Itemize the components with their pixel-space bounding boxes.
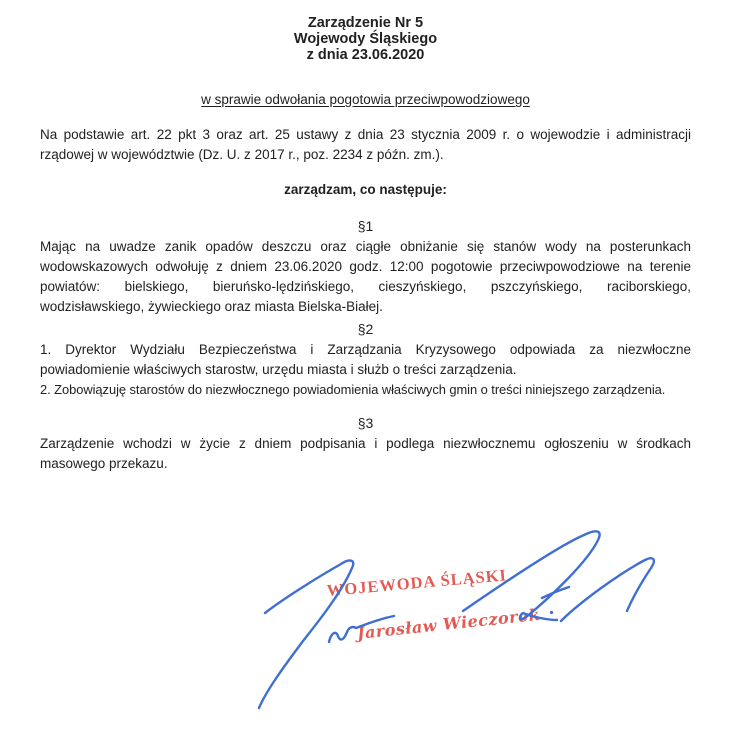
section-2-mark: §2 (40, 322, 691, 337)
ordinance-document-page: Zarządzenie Nr 5 Wojewody Śląskiego z dn… (0, 0, 731, 749)
signer-stamp-title: WOJEWODA ŚLĄSKI (326, 565, 508, 601)
document-title: Zarządzenie Nr 5 Wojewody Śląskiego z dn… (40, 15, 691, 63)
section-1: §1 Mając na uwadze zanik opadów deszczu … (40, 219, 691, 317)
ink-stroke-right-spike (561, 558, 654, 621)
section-3: §3 Zarządzenie wchodzi w życie z dniem p… (40, 416, 691, 474)
section-1-mark: §1 (40, 219, 691, 234)
ink-dot (550, 611, 553, 614)
section-2: §2 1. Dyrektor Wydziału Bezpieczeństwa i… (40, 322, 691, 400)
document-content: Zarządzenie Nr 5 Wojewody Śląskiego z dn… (0, 0, 731, 474)
title-line-date: z dnia 23.06.2020 (40, 47, 691, 63)
order-intro: zarządzam, co następuje: (40, 182, 691, 198)
title-line-ordinance-number: Zarządzenie Nr 5 (40, 15, 691, 31)
document-subject: w sprawie odwołania pogotowia przeciwpow… (40, 92, 691, 107)
section-3-paragraph: Zarządzenie wchodzi w życie z dniem podp… (40, 434, 691, 474)
ink-stroke-dash (542, 587, 569, 598)
legal-basis-paragraph: Na podstawie art. 22 pkt 3 oraz art. 25 … (40, 125, 691, 165)
section-2-paragraph-2: 2. Zobowiązuję starostów do niezwłoczneg… (40, 380, 691, 400)
title-line-issuer: Wojewody Śląskiego (40, 31, 691, 47)
section-2-paragraph-1: 1. Dyrektor Wydziału Bezpieczeństwa i Za… (40, 340, 691, 380)
signer-stamp-name: Jarosław Wieczorek (356, 605, 541, 643)
section-1-paragraph: Mając na uwadze zanik opadów deszczu ora… (40, 237, 691, 317)
section-3-mark: §3 (40, 416, 691, 431)
